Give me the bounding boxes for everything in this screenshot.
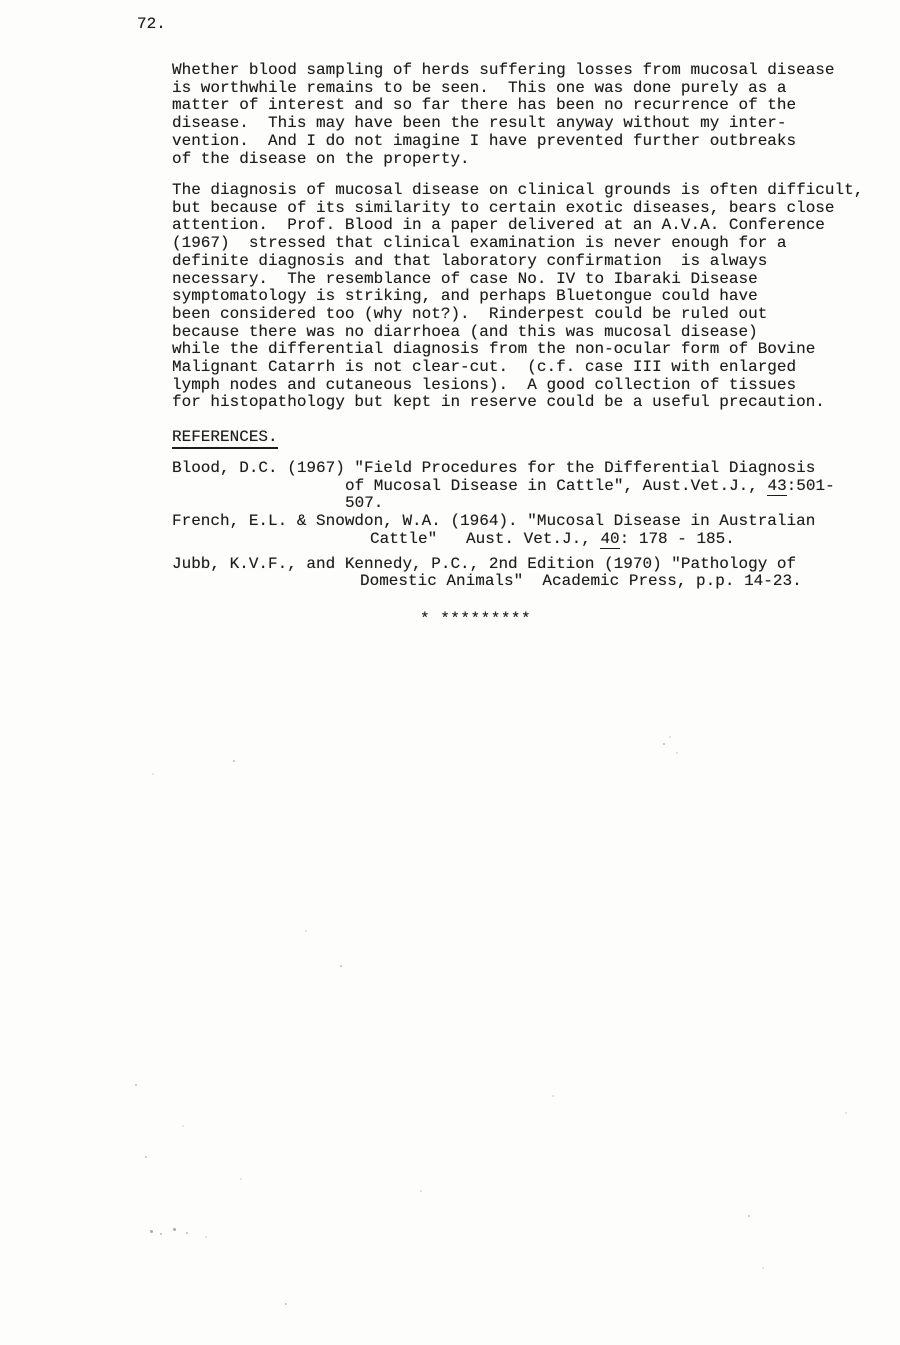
text-line: vention. And I do not imagine I have pre… bbox=[172, 133, 835, 151]
text-line: disease. This may have been the result a… bbox=[172, 115, 835, 133]
text-line: (1967) stressed that clinical examinatio… bbox=[172, 235, 863, 253]
reference-line: Cattle" Aust. Vet.J., 40: 178 - 185. bbox=[172, 531, 835, 549]
references-heading: REFERENCES. bbox=[172, 429, 278, 449]
reference-line: French, E.L. & Snowdon, W.A. (1964). "Mu… bbox=[172, 513, 835, 531]
reference-line: Domestic Animals" Academic Press, p.p. 1… bbox=[172, 573, 835, 591]
text-line: attention. Prof. Blood in a paper delive… bbox=[172, 217, 863, 235]
text-line: matter of interest and so far there has … bbox=[172, 97, 835, 115]
references-list: Blood, D.C. (1967) "Field Procedures for… bbox=[172, 460, 835, 591]
text-line: lymph nodes and cutaneous lesions). A go… bbox=[172, 377, 863, 395]
reference-entry-blood: Blood, D.C. (1967) "Field Procedures for… bbox=[172, 460, 835, 513]
scanned-document-page: 72. Whether blood sampling of herds suff… bbox=[0, 0, 900, 1345]
reference-line: Blood, D.C. (1967) "Field Procedures for… bbox=[172, 460, 835, 478]
reference-text-segment: of Mucosal Disease in Cattle", Aust.Vet.… bbox=[345, 477, 767, 495]
text-line: Malignant Catarrh is not clear-cut. (c.f… bbox=[172, 359, 863, 377]
text-line: necessary. The resemblance of case No. I… bbox=[172, 271, 863, 289]
paragraph-blood-sampling: Whether blood sampling of herds sufferin… bbox=[172, 62, 835, 168]
text-line: while the differential diagnosis from th… bbox=[172, 341, 863, 359]
text-line: for histopathology but kept in reserve c… bbox=[172, 394, 863, 412]
volume-number: 43 bbox=[767, 477, 786, 496]
text-line: symptomatology is striking, and perhaps … bbox=[172, 288, 863, 306]
reference-entry-jubb: Jubb, K.V.F., and Kennedy, P.C., 2nd Edi… bbox=[172, 556, 835, 591]
text-line: definite diagnosis and that laboratory c… bbox=[172, 253, 863, 271]
reference-line: Jubb, K.V.F., and Kennedy, P.C., 2nd Edi… bbox=[172, 556, 835, 574]
text-line: been considered too (why not?). Rinderpe… bbox=[172, 306, 863, 324]
text-line: is worthwhile remains to be seen. This o… bbox=[172, 80, 835, 98]
volume-number: 40 bbox=[600, 530, 619, 549]
reference-line: of Mucosal Disease in Cattle", Aust.Vet.… bbox=[172, 478, 835, 496]
text-line: of the disease on the property. bbox=[172, 151, 835, 169]
reference-text-segment: :501- bbox=[787, 477, 835, 495]
text-line: The diagnosis of mucosal disease on clin… bbox=[172, 182, 863, 200]
asterisk-divider: * ********* bbox=[420, 611, 531, 629]
text-line: because there was no diarrhoea (and this… bbox=[172, 324, 863, 342]
text-line: Whether blood sampling of herds sufferin… bbox=[172, 62, 835, 80]
reference-entry-french: French, E.L. & Snowdon, W.A. (1964). "Mu… bbox=[172, 513, 835, 548]
text-line: but because of its similarity to certain… bbox=[172, 200, 863, 218]
reference-text-segment: Cattle" Aust. Vet.J., bbox=[370, 530, 600, 548]
page-number: 72. bbox=[137, 16, 166, 34]
reference-text-segment: : 178 - 185. bbox=[620, 530, 735, 548]
reference-line: 507. bbox=[172, 495, 835, 513]
paragraph-diagnosis: The diagnosis of mucosal disease on clin… bbox=[172, 182, 863, 412]
